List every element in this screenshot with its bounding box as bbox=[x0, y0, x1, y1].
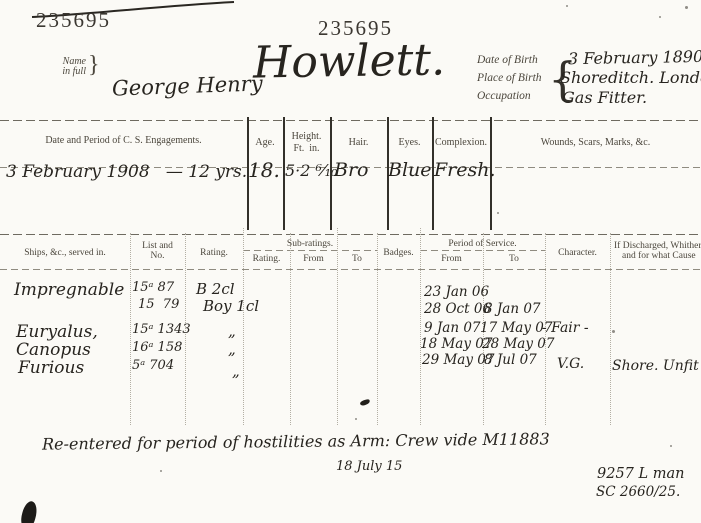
ship-name: Canopus bbox=[16, 340, 91, 360]
reentered-note: Re-entered for period of hostilities as … bbox=[42, 429, 550, 453]
scan-speck bbox=[497, 212, 499, 214]
rating-ditto: „ bbox=[232, 362, 240, 380]
col-header-height: Height. bbox=[283, 131, 330, 142]
col-header-character: Character. bbox=[545, 248, 610, 258]
occupation-label: Occupation bbox=[477, 90, 531, 102]
list-number: 5ᵃ 704 bbox=[132, 358, 174, 373]
ink-blot bbox=[359, 399, 370, 407]
col-header-list-line1: List and bbox=[130, 241, 185, 251]
discharged-value: Shore. Unfit bbox=[612, 358, 699, 374]
col-header-complexion: Complexion. bbox=[432, 137, 490, 148]
service-header-bottom-border bbox=[0, 269, 701, 270]
ship-name: Furious bbox=[18, 358, 84, 378]
scan-speck bbox=[670, 445, 672, 447]
name-brace: } bbox=[88, 52, 100, 79]
subratings-divider bbox=[243, 250, 377, 251]
col-header-period-from: From bbox=[420, 254, 483, 264]
engagement-table-top-border bbox=[0, 120, 701, 121]
col-header-subratings: Sub-ratings. bbox=[243, 239, 377, 249]
col-header-period-to: To bbox=[483, 254, 545, 264]
col-header-sub-rating: Rating. bbox=[243, 254, 290, 264]
ship-name: Euryalus, bbox=[16, 322, 98, 342]
reference-note-line2: SC 2660/25. bbox=[596, 484, 680, 500]
list-number: 16ᵃ 158 bbox=[132, 340, 182, 355]
occupation-value: Gas Fitter. bbox=[562, 88, 647, 107]
name-label-line2: in full bbox=[56, 67, 86, 77]
rating-ditto: „ bbox=[228, 322, 236, 340]
reference-note-line1: 9257 L man bbox=[597, 466, 684, 482]
col-header-period: Period of Service. bbox=[420, 239, 545, 249]
col-header-discharged-line1: If Discharged, Whither bbox=[614, 241, 701, 251]
period-to: 8 Jan 07 bbox=[484, 301, 541, 317]
col-header-age: Age. bbox=[247, 137, 283, 148]
period-to: 8 Jul 07 bbox=[484, 352, 537, 368]
period-to: 28 May 07 bbox=[482, 336, 554, 352]
col-header-list-line2: No. bbox=[130, 251, 185, 261]
date-of-birth-label: Date of Birth bbox=[477, 54, 538, 66]
character-value: - Fair - bbox=[542, 320, 589, 336]
col-header-wounds: Wounds, Scars, Marks, &c. bbox=[490, 137, 701, 148]
scan-speck bbox=[612, 330, 615, 333]
period-from: 28 Oct 06 bbox=[424, 301, 491, 317]
place-of-birth-value: Shoreditch. London bbox=[560, 68, 701, 87]
col-header-height-units: Ft. in. bbox=[283, 143, 330, 154]
period-from: 9 Jan 07 bbox=[424, 320, 481, 336]
col-header-ships: Ships, &c., served in. bbox=[0, 248, 130, 258]
list-number: 15 79 bbox=[138, 297, 179, 312]
service-row: Furious 5ᵃ 704 „ 29 May 07 8 Jul 07 V.G.… bbox=[0, 358, 701, 380]
rating-value: B 2cl bbox=[196, 280, 235, 298]
first-names-handwritten: George Henry bbox=[112, 71, 263, 100]
age-value: 18. bbox=[248, 158, 280, 182]
col-header-hair: Hair. bbox=[330, 137, 387, 148]
col-header-rating: Rating. bbox=[185, 248, 243, 258]
surname-handwritten: Howlett. bbox=[253, 34, 446, 88]
engagement-date-value: 3 February 1908 — 12 yrs. bbox=[6, 162, 247, 182]
date-of-birth-value: 3 February 1890. bbox=[568, 47, 701, 68]
rating-ditto: „ bbox=[228, 340, 236, 358]
edge-ink-mark bbox=[18, 500, 39, 523]
list-number: 15ᵃ 87 bbox=[132, 280, 174, 295]
list-number: 15ᵃ 1343 bbox=[132, 322, 191, 337]
scan-speck bbox=[685, 6, 688, 9]
date-note: 18 July 15 bbox=[336, 459, 402, 474]
hair-value: Bro bbox=[334, 159, 368, 181]
col-header-discharged-line2: and for what Cause bbox=[622, 251, 701, 261]
rating-value: Boy 1cl bbox=[203, 297, 259, 315]
name-in-full-label: Name in full bbox=[56, 57, 86, 77]
place-of-birth-label: Place of Birth bbox=[477, 72, 542, 84]
col-header-badges: Badges. bbox=[377, 248, 420, 258]
eyes-value: Blue bbox=[388, 159, 432, 181]
service-number-left: 235695 bbox=[36, 8, 111, 33]
service-row: 15 79 Boy 1cl 28 Oct 06 8 Jan 07 bbox=[0, 297, 701, 319]
character-value: V.G. bbox=[557, 356, 584, 372]
col-header-sub-from: From bbox=[290, 254, 337, 264]
scan-speck bbox=[355, 418, 357, 420]
service-table-top-border bbox=[0, 234, 701, 235]
service-record-sheet: 235695 235695 Name in full } George Henr… bbox=[0, 0, 701, 523]
height-value: 5·2 ⁶⁄₁₀ bbox=[285, 161, 337, 180]
col-header-sub-to: To bbox=[337, 254, 377, 264]
scan-speck bbox=[566, 5, 568, 7]
complexion-value: Fresh. bbox=[434, 159, 496, 181]
scan-speck bbox=[160, 470, 162, 472]
col-header-engagements: Date and Period of C. S. Engagements. bbox=[0, 135, 247, 146]
col-header-eyes: Eyes. bbox=[387, 137, 432, 148]
scan-speck bbox=[659, 16, 661, 18]
